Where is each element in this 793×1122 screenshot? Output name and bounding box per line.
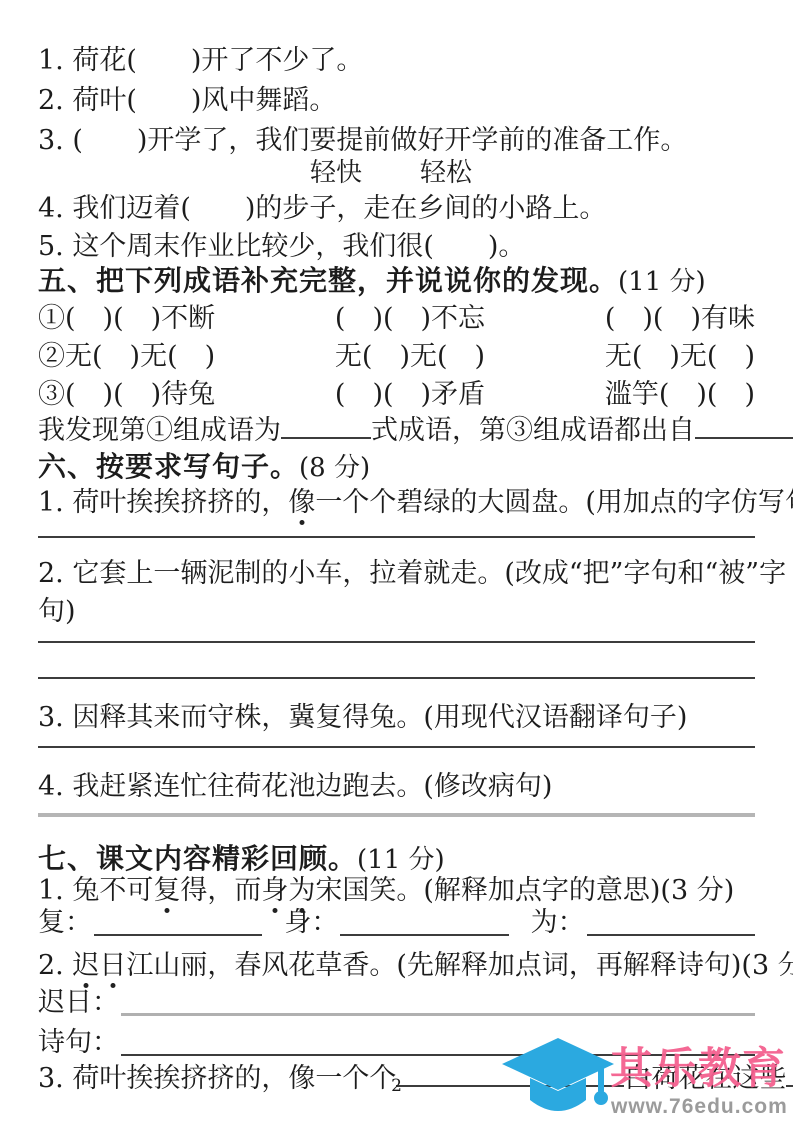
question-line: 2. 荷叶( )风中舞蹈。 (38, 84, 755, 118)
answer-line (38, 536, 755, 538)
question-line: 1. 兔不可复得，而身为宋国笑。(解释加点字的意思)(3 分) (38, 874, 755, 908)
section-6-title: 六、按要求写句子。(8 分) (38, 449, 755, 485)
question-line: 5. 这个周末作业比较少，我们很( )。 (38, 230, 755, 264)
text-segment: 像 (288, 487, 315, 518)
idiom-blank-group: ( )( )矛盾 (335, 378, 485, 412)
idiom-blank-group: 无( )无( ) (605, 340, 755, 374)
section-title-text: 七、课文内容精彩回顾。 (38, 843, 357, 874)
blank-label: 迟日： (38, 986, 119, 1020)
text-segment: 1. 荷叶挨挨挤挤的， (38, 487, 288, 518)
blank-label: 复： (38, 906, 92, 940)
definition-blanks-row: 迟日： (38, 986, 755, 1020)
discovery-line: 我发现第①组成语为式成语，第③组成语都出自。 (38, 410, 755, 448)
blank-underline (340, 932, 508, 936)
section-title-text: 六、按要求写句子。 (38, 451, 299, 482)
brand-url: www.76edu.com (611, 1096, 788, 1117)
graduation-cap-icon (500, 1038, 616, 1122)
idiom-blank-group: 滥竽( )( ) (605, 378, 755, 412)
text-segment: 2. (38, 950, 72, 981)
text-segment: 1. 兔不可 (38, 875, 153, 906)
text-segment: 式成语，第③组成语都出自 (371, 415, 695, 446)
question-line: 4. 我赶紧连忙往荷花池边跑去。(修改病句) (38, 770, 755, 804)
text-segment: 复 (153, 875, 180, 906)
idiom-blank-group: 无( )无( ) (335, 340, 485, 374)
blank-label: 身： (284, 906, 338, 940)
blank-underline (94, 932, 262, 936)
word-bank-option: 轻快 (310, 157, 362, 190)
blank-underline (695, 410, 793, 439)
idiom-blank-group: ( )( )不忘 (335, 302, 485, 336)
answer-line (38, 677, 755, 679)
blank-label: 为： (531, 906, 585, 940)
question-line: 3. 因释其来而守株，冀复得兔。(用现代汉语翻译句子) (38, 701, 755, 735)
text-segment: 为 (288, 875, 315, 906)
definition-blanks-row: 复： 身： 为： (38, 906, 755, 940)
text-segment: 一个个碧绿的大圆盘。(用加点的字仿写句子) (315, 487, 793, 518)
question-line: 1. 荷花( )开了不少了。 (38, 44, 755, 78)
section-title-text: 五、把下列成语补充完整，并说说你的发现。 (38, 265, 618, 296)
idiom-blank-group: ③( )( )待兔 (38, 378, 215, 412)
section-score: (11 分) (357, 845, 445, 875)
text-segment: 宋国笑。(解释加点字的意思)(3 分) (315, 875, 734, 906)
section-score: (8 分) (299, 453, 370, 483)
text-segment: 江山丽，春风花草香。(先解释加点词，再解释诗句)(3 分) (126, 950, 793, 981)
question-line: 4. 我们迈着( )的步子，走在乡间的小路上。 (38, 192, 755, 226)
question-line: 3. ( )开学了，我们要提前做好开学前的准备工作。 (38, 124, 755, 158)
blank-underline (587, 932, 755, 936)
idiom-row-1: ①( )( )不断 ( )( )不忘 ( )( )有味 (38, 302, 755, 336)
text-segment: 得，而 (180, 875, 261, 906)
worksheet-page: 1. 荷花( )开了不少了。 2. 荷叶( )风中舞蹈。 3. ( )开学了，我… (0, 0, 793, 1122)
section-score: (11 分) (618, 267, 706, 297)
word-bank: 轻快 轻松 (38, 157, 793, 190)
brand-watermark: 其乐教育 (610, 1048, 786, 1091)
answer-line (38, 641, 755, 643)
idiom-blank-group: ②无( )无( ) (38, 340, 215, 374)
blank-label: 诗句： (38, 1026, 119, 1060)
text-segment: 我发现第①组成语为 (38, 415, 281, 446)
idiom-blank-group: ①( )( )不断 (38, 302, 215, 336)
question-line: 2. 迟日江山丽，春风花草香。(先解释加点词，再解释诗句)(3 分) (38, 949, 755, 983)
blank-underline (281, 410, 371, 439)
answer-line (38, 813, 755, 817)
question-line: 2. 它套上一辆泥制的小车，拉着就走。(改成“把”字句和“被”字 (38, 557, 755, 591)
section-7-title: 七、课文内容精彩回顾。(11 分) (38, 841, 755, 877)
text-segment: 迟 (72, 950, 99, 981)
question-line: 句) (38, 595, 755, 629)
idiom-row-2: ②无( )无( ) 无( )无( ) 无( )无( ) (38, 340, 755, 374)
text-segment: 身 (261, 875, 288, 906)
idiom-row-3: ③( )( )待兔 ( )( )矛盾 滥竽( )( ) (38, 378, 755, 412)
question-line: 1. 荷叶挨挨挤挤的，像一个个碧绿的大圆盘。(用加点的字仿写句子) (38, 486, 755, 520)
text-segment: 日 (99, 950, 126, 981)
blank-underline (121, 1011, 755, 1016)
section-5-title: 五、把下列成语补充完整，并说说你的发现。(11 分) (38, 263, 755, 299)
answer-line (38, 746, 755, 748)
word-bank-option: 轻松 (420, 157, 472, 190)
idiom-blank-group: ( )( )有味 (605, 302, 755, 336)
